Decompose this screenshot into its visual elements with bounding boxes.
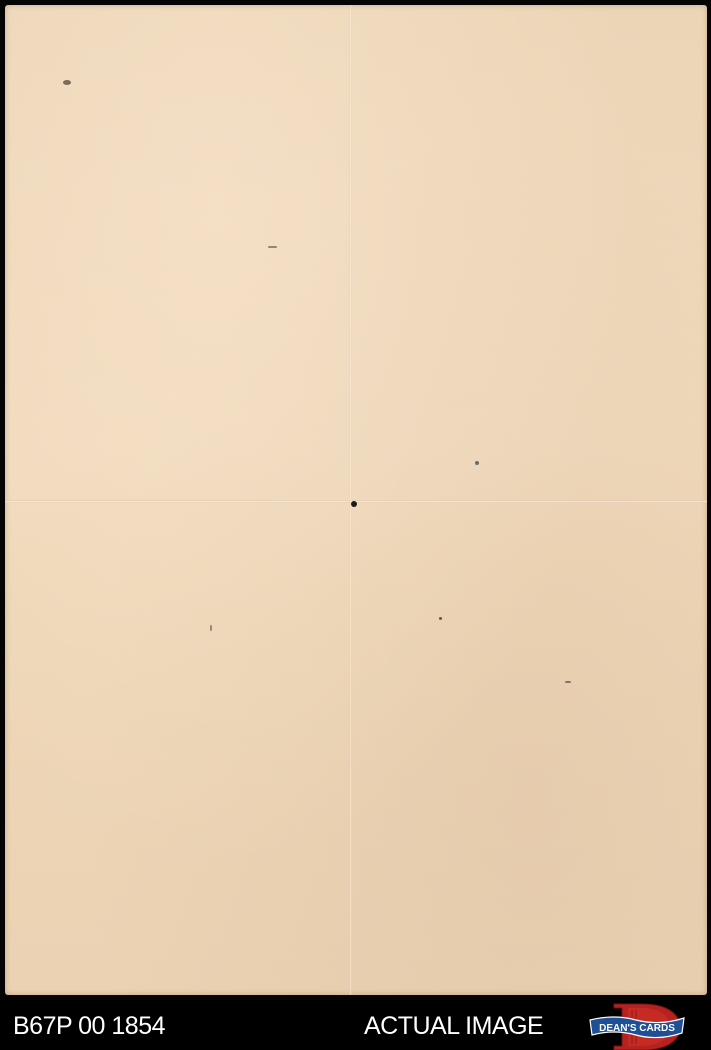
deans-cards-logo: DEAN'S CARDS: [584, 1000, 688, 1050]
photo-frame: [0, 0, 711, 1000]
svg-text:DEAN'S CARDS: DEAN'S CARDS: [599, 1023, 675, 1034]
paper-speck: [268, 246, 277, 248]
paper-speck: [475, 461, 479, 465]
inventory-code: B67P 00 1854: [13, 1012, 165, 1040]
paper-speck: [63, 80, 71, 85]
deans-cards-logo-icon: DEAN'S CARDS: [584, 1000, 688, 1050]
actual-image-label: ACTUAL IMAGE: [364, 1012, 543, 1040]
vertical-crease: [349, 5, 352, 995]
paper-speck: [210, 625, 212, 631]
paper-speck: [351, 501, 357, 507]
caption-bar: B67P 00 1854 ACTUAL IMAGE DEAN'S CARDS: [0, 1000, 711, 1050]
paper-speck: [439, 617, 442, 620]
card-back-image: [5, 5, 707, 995]
paper-speck: [565, 681, 571, 683]
